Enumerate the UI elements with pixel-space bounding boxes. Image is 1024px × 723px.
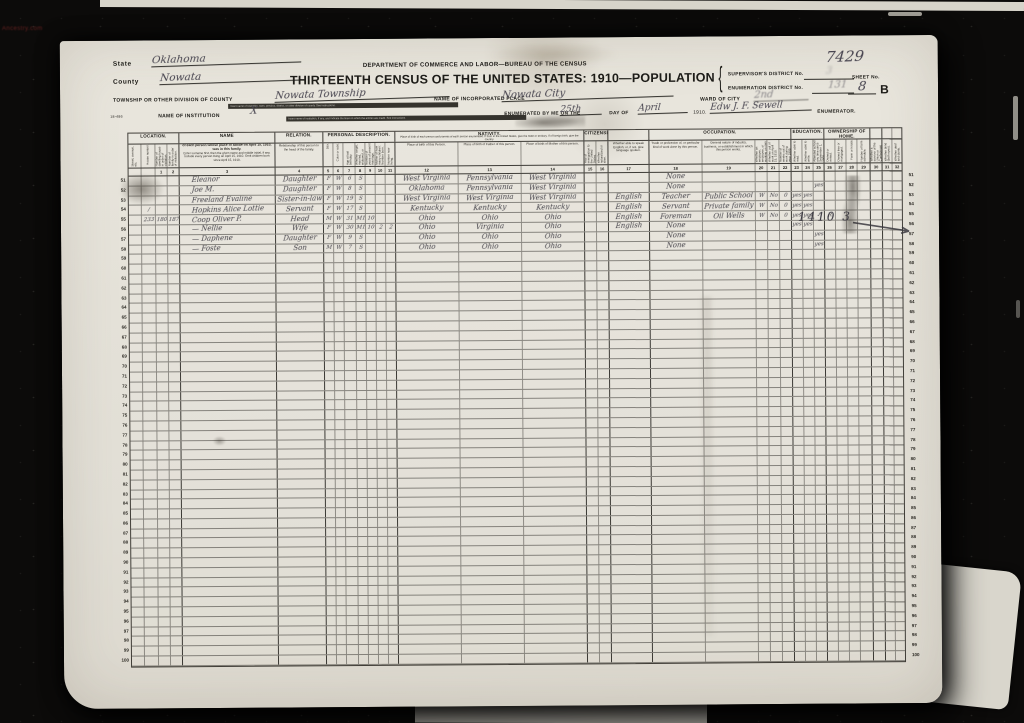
table-cell — [652, 525, 705, 534]
table-cell — [157, 441, 169, 450]
table-cell — [142, 196, 156, 205]
table-cell — [336, 479, 346, 488]
line-number: 53 — [113, 195, 126, 205]
handwritten-entry: Coop Oliver P. — [192, 215, 243, 224]
table-cell — [367, 312, 377, 321]
table-cell — [781, 358, 793, 367]
table-cell — [369, 645, 379, 654]
table-cell: No — [768, 211, 780, 220]
table-cell — [367, 420, 377, 429]
table-cell — [143, 333, 157, 342]
column-label: Whether a survivor of the Union or Confe… — [870, 139, 882, 161]
table-cell — [758, 495, 770, 504]
table-cell — [858, 230, 871, 239]
table-cell — [132, 657, 145, 666]
table-cell — [143, 402, 157, 411]
table-cell — [884, 308, 894, 317]
table-cell — [873, 465, 885, 474]
table-cell — [326, 538, 336, 547]
table-cell — [182, 548, 278, 557]
table-cell — [770, 544, 782, 553]
table-cell — [860, 573, 873, 582]
table-cell — [858, 171, 871, 180]
table-cell — [860, 505, 873, 514]
table-cell — [847, 269, 858, 278]
table-cell: Daughter — [276, 185, 324, 194]
table-cell — [397, 419, 460, 428]
table-cell — [156, 225, 168, 234]
table-cell — [610, 398, 651, 407]
table-cell — [522, 291, 585, 300]
table-cell — [836, 260, 847, 269]
table-cell — [883, 250, 893, 259]
handwritten-entry: Son — [293, 244, 307, 252]
table-cell — [860, 475, 873, 484]
table-cell — [893, 259, 902, 268]
table-cell — [828, 652, 839, 661]
table-cell — [871, 171, 883, 180]
line-number: 76 — [910, 415, 923, 425]
table-cell — [143, 353, 157, 362]
table-cell — [849, 475, 860, 484]
table-cell — [756, 231, 768, 240]
table-cell — [143, 421, 157, 430]
table-cell — [884, 367, 894, 376]
column-label: Mother of how many children: Number born… — [375, 143, 384, 165]
column-group-header: NAME — [179, 133, 275, 144]
line-number: 54 — [909, 199, 922, 209]
table-cell — [170, 460, 182, 469]
enumerator-label: ENUMERATOR. — [817, 110, 856, 115]
table-cell — [885, 544, 895, 553]
table-cell — [652, 457, 705, 466]
column-group-header: NATIVITY.Place of birth of each person a… — [395, 130, 584, 141]
table-cell — [848, 436, 859, 445]
table-cell: M — [324, 214, 334, 223]
table-cell — [705, 515, 758, 524]
table-cell — [324, 263, 334, 272]
table-cell — [324, 254, 334, 263]
table-cell — [181, 381, 277, 390]
table-cell — [837, 368, 848, 377]
table-cell — [524, 477, 587, 486]
table-cell — [345, 322, 357, 331]
table-cell — [366, 253, 376, 262]
table-cell — [806, 603, 817, 612]
table-cell — [792, 299, 803, 308]
handwritten-entry: S — [358, 205, 362, 211]
handwritten-entry: W — [335, 186, 341, 192]
table-cell — [783, 652, 795, 661]
table-cell — [357, 381, 367, 390]
table-cell: F — [324, 205, 334, 214]
table-cell — [826, 368, 837, 377]
table-cell — [804, 407, 815, 416]
table-cell — [181, 342, 277, 351]
table-cell — [398, 566, 461, 575]
township-note: Insert name of township, town, precinct,… — [228, 102, 458, 109]
table-cell: 0 — [780, 201, 792, 210]
table-cell — [793, 436, 804, 445]
table-cell — [158, 480, 170, 489]
table-cell — [325, 430, 335, 439]
table-cell: 233 — [142, 216, 156, 225]
table-cell — [794, 466, 805, 475]
table-cell — [653, 604, 706, 613]
line-number: 67 — [114, 332, 127, 342]
table-cell — [758, 456, 770, 465]
table-cell — [359, 626, 369, 635]
table-cell — [389, 596, 399, 605]
handwritten-entry: Ohio — [544, 242, 561, 251]
table-cell — [793, 348, 804, 357]
column-group-header: EDUCATION. — [791, 129, 824, 139]
table-cell — [397, 321, 460, 330]
table-cell — [378, 449, 388, 458]
table-cell — [757, 378, 769, 387]
table-cell — [611, 486, 652, 495]
table-cell: 187 — [168, 215, 180, 224]
table-cell — [847, 250, 858, 259]
table-cell — [770, 554, 782, 563]
table-cell — [588, 644, 600, 653]
table-cell — [895, 524, 904, 533]
table-cell — [142, 186, 156, 195]
table-cell — [169, 372, 181, 381]
table-cell — [130, 333, 143, 342]
table-cell — [652, 506, 705, 515]
table-cell — [781, 436, 793, 445]
table-cell — [756, 290, 768, 299]
table-cell — [781, 319, 793, 328]
column-label: Trade or profession of, or particular ki… — [649, 141, 701, 150]
table-cell — [378, 508, 388, 517]
table-cell — [459, 282, 522, 291]
table-cell — [386, 214, 396, 223]
table-cell — [524, 458, 587, 467]
handwritten-entry: yes — [814, 241, 824, 247]
line-number: 88 — [911, 533, 924, 543]
table-cell — [793, 427, 804, 436]
table-cell — [782, 525, 794, 534]
table-cell — [357, 312, 367, 321]
table-cell — [816, 495, 827, 504]
handwritten-entry: W — [758, 193, 764, 199]
handwritten-entry: Ohio — [481, 242, 498, 251]
table-cell — [893, 230, 902, 239]
table-cell — [387, 302, 397, 311]
margin-annotation: 1410 3 — [798, 210, 852, 224]
column-number: 23 — [792, 164, 803, 171]
table-cell — [358, 488, 368, 497]
table-cell — [759, 633, 771, 642]
table-cell — [793, 378, 804, 387]
table-cell — [358, 586, 368, 595]
table-cell — [803, 299, 814, 308]
table-cell — [588, 624, 600, 633]
table-cell — [769, 417, 781, 426]
table-cell — [850, 632, 861, 641]
table-cell — [357, 371, 367, 380]
table-cell — [460, 370, 523, 379]
table-cell — [650, 290, 703, 299]
table-cell — [586, 330, 598, 339]
table-cell — [883, 181, 893, 190]
table-cell — [814, 289, 825, 298]
line-number: 70 — [114, 362, 127, 372]
table-cell — [825, 240, 836, 249]
table-cell: Ohio — [396, 233, 459, 242]
table-cell — [358, 577, 368, 586]
table-cell — [705, 505, 758, 514]
table-cell — [523, 330, 586, 339]
table-cell — [858, 201, 871, 210]
table-cell — [389, 655, 399, 664]
table-cell — [759, 593, 771, 602]
table-cell: No — [768, 201, 780, 210]
table-cell: Private family — [703, 202, 756, 211]
table-cell — [386, 282, 396, 291]
table-cell — [873, 504, 885, 513]
table-cell — [145, 627, 159, 636]
table-cell — [335, 371, 345, 380]
table-cell — [182, 450, 278, 459]
table-cell — [794, 446, 805, 455]
column-label: Whether able to write. — [804, 140, 810, 162]
table-cell — [781, 309, 793, 318]
table-cell — [611, 467, 652, 476]
table-cell — [335, 342, 345, 351]
column-label: Number of dwelling house in order of vis… — [155, 144, 167, 166]
table-cell — [599, 497, 611, 506]
column-group-header: RELATION. — [275, 132, 323, 142]
table-cell — [757, 397, 769, 406]
table-cell — [814, 260, 825, 269]
table-cell — [168, 245, 180, 254]
table-cell — [182, 499, 278, 508]
line-number: 100 — [912, 650, 925, 660]
table-cell: Pennsylvania — [459, 184, 522, 193]
table-cell — [806, 652, 817, 661]
table-cell: S — [356, 204, 366, 213]
table-cell — [651, 300, 704, 309]
table-cell — [129, 265, 142, 274]
line-number: 51 — [113, 176, 126, 186]
table-cell — [598, 301, 610, 310]
table-cell: yes — [803, 201, 814, 210]
line-number: 98 — [912, 631, 925, 641]
column-label: Street, avenue, etc. — [131, 145, 137, 167]
table-cell — [600, 643, 612, 652]
line-number: 56 — [909, 219, 922, 229]
table-cell — [893, 210, 902, 219]
table-cell — [586, 359, 598, 368]
table-cell — [377, 361, 387, 370]
table-cell — [609, 232, 650, 241]
line-number: 59 — [909, 248, 922, 258]
table-cell — [142, 176, 156, 185]
table-cell: Foreman — [650, 212, 703, 221]
table-cell — [398, 547, 461, 556]
table-cell — [759, 652, 771, 661]
table-cell — [358, 528, 368, 537]
column-header-blind: Whether blind (both eyes). — [882, 139, 892, 162]
column-group-header: LOCATION. — [128, 133, 179, 143]
table-cell — [356, 292, 366, 301]
table-cell — [387, 429, 397, 438]
table-cell — [884, 406, 894, 415]
table-cell — [806, 622, 817, 631]
table-cell — [805, 564, 816, 573]
column-label: Whether able to speak English; or, if no… — [608, 141, 648, 154]
table-cell — [171, 637, 183, 646]
table-cell — [358, 547, 368, 556]
handwritten-entry: M — [325, 215, 331, 221]
table-cell — [144, 539, 158, 548]
table-cell — [366, 194, 376, 203]
enumerated-day: 25th — [560, 104, 603, 116]
table-cell — [837, 436, 848, 445]
column-number: 6 — [334, 167, 344, 174]
table-cell — [129, 216, 142, 225]
table-cell — [610, 359, 651, 368]
table-cell — [651, 418, 704, 427]
table-cell: Ohio — [522, 222, 585, 231]
table-cell — [858, 260, 871, 269]
table-cell — [144, 451, 158, 460]
table-cell — [885, 504, 895, 513]
table-cell — [523, 438, 586, 447]
column-label: Owned or rented. — [826, 140, 832, 162]
column-label: Number of weeks out of work during year … — [779, 140, 791, 162]
table-cell — [359, 606, 369, 615]
table-cell — [169, 402, 181, 411]
table-cell — [398, 468, 461, 477]
line-number: 80 — [911, 454, 924, 464]
table-cell — [815, 309, 826, 318]
table-cell — [585, 281, 597, 290]
line-number: 84 — [115, 499, 128, 509]
table-cell — [158, 549, 170, 558]
table-cell — [894, 348, 903, 357]
table-cell — [397, 360, 460, 369]
table-cell — [366, 273, 376, 282]
table-cell — [597, 252, 609, 261]
table-cell — [144, 558, 158, 567]
table-cell — [873, 455, 885, 464]
table-cell — [885, 573, 895, 582]
table-cell — [158, 558, 170, 567]
table-cell — [523, 311, 586, 320]
handwritten-entry: — Nellie — [192, 225, 223, 234]
table-cell — [366, 263, 376, 272]
table-cell — [757, 329, 769, 338]
table-cell — [181, 313, 277, 322]
table-cell — [770, 446, 782, 455]
table-cell — [144, 470, 158, 479]
line-number: 68 — [114, 342, 127, 352]
table-cell — [158, 578, 170, 587]
handwritten-entry: English — [615, 193, 642, 202]
table-cell — [277, 303, 325, 312]
table-cell — [816, 524, 827, 533]
table-cell — [893, 240, 902, 249]
table-cell — [597, 261, 609, 270]
column-number: 21 — [768, 164, 780, 171]
table-cell — [367, 322, 377, 331]
table-cell — [387, 361, 397, 370]
table-cell — [871, 230, 883, 239]
table-cell — [849, 446, 860, 455]
table-cell — [886, 612, 896, 621]
table-cell — [783, 623, 795, 632]
table-cell — [376, 185, 386, 194]
table-cell — [326, 498, 336, 507]
table-cell — [131, 568, 144, 577]
table-cell — [157, 411, 169, 420]
table-cell — [651, 320, 704, 329]
table-cell — [873, 514, 885, 523]
table-cell — [182, 528, 278, 537]
table-cell: 10 — [366, 224, 376, 233]
table-cell — [885, 495, 895, 504]
table-cell — [182, 479, 278, 488]
table-cell — [757, 417, 769, 426]
table-cell — [651, 359, 704, 368]
column-header-marital: Whether single, married, widowed, or div… — [355, 143, 365, 166]
column-group-label: EDUCATION. — [791, 129, 823, 134]
table-cell — [180, 293, 276, 302]
table-cell — [860, 524, 873, 533]
table-cell — [337, 636, 347, 645]
table-cell — [388, 508, 398, 517]
table-cell — [758, 544, 770, 553]
table-cell — [704, 388, 757, 397]
table-cell — [278, 518, 326, 527]
table-cell — [815, 436, 826, 445]
table-cell — [860, 544, 873, 553]
handwritten-entry: West Virginia — [529, 183, 577, 192]
table-cell — [883, 171, 893, 180]
table-cell — [142, 274, 156, 283]
enumerated-month: April — [638, 102, 689, 115]
table-cell — [893, 220, 902, 229]
table-cell — [611, 565, 652, 574]
table-cell — [460, 321, 523, 330]
table-cell — [782, 564, 794, 573]
line-number: 52 — [113, 185, 126, 195]
handwritten-entry: Ohio — [481, 233, 498, 242]
column-group-label: PERSONAL DESCRIPTION. — [323, 132, 394, 137]
column-header-outofwork: Whether out of work on April 15, 1910. — [767, 140, 779, 163]
table-cell: M — [324, 244, 334, 253]
table-cell — [884, 357, 894, 366]
table-cell — [378, 586, 388, 595]
handwritten-entry: West Virginia — [403, 194, 451, 203]
table-cell — [894, 406, 903, 415]
table-cell — [850, 622, 861, 631]
table-cell — [397, 341, 460, 350]
table-cell — [169, 382, 181, 391]
table-cell — [279, 636, 327, 645]
table-cell — [849, 514, 860, 523]
table-cell — [756, 172, 768, 181]
table-cell: 7 — [344, 244, 356, 253]
table-cell — [388, 498, 398, 507]
table-cell — [156, 255, 168, 264]
table-cell — [848, 318, 859, 327]
table-cell — [279, 655, 327, 664]
